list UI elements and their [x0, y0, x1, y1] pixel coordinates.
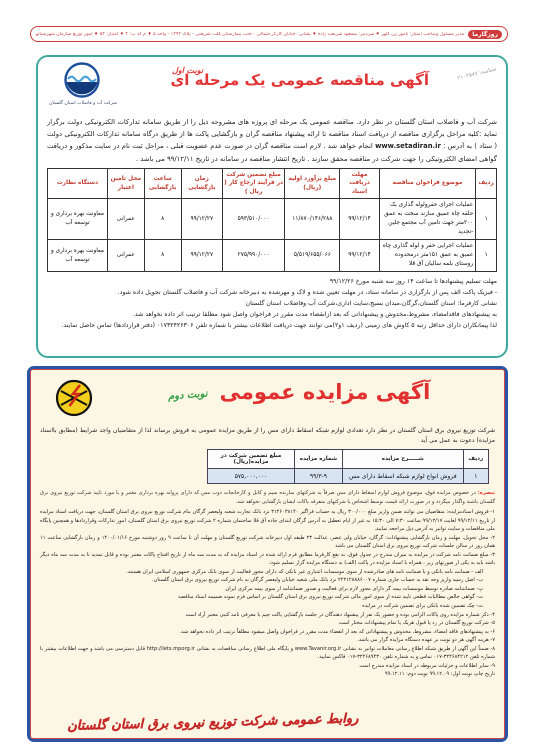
auction-item: ۲- محل تحویل، مهلت و زمان بازگشایی پیشنه…: [40, 534, 495, 551]
auction-item: ۳- مبلغ ضمانت نامه شرکت در مزایده به میز…: [40, 551, 495, 568]
auction-round-label: نوبت دوم: [168, 389, 208, 403]
auction-item: ۴- ذکر شماره مزایده روی پاکات الزامی بود…: [40, 611, 495, 620]
cell-supervision: معاونت بهره برداری و توسعه آب: [48, 199, 108, 240]
tender-note-line: مهلت تسلیم پیشنهادها تا ساعت ۱۴ روز سه ش…: [47, 276, 497, 287]
tender-table: ردیف موضوع فراخوان مناقصه مهلت دریافت اس…: [47, 168, 497, 272]
auction-item: ۹- سایر اطلاعات و جزئیات مربوطه در اسناد…: [40, 662, 495, 671]
cell-radif: ۱: [476, 199, 497, 240]
tender-notes: مهلت تسلیم پیشنهادها تا ساعت ۱۴ روز سه ش…: [47, 276, 497, 331]
auction-subitem: پ- ضمانتنامه صادره توسط موسسات بیمه گر د…: [40, 585, 495, 594]
cell-subject: عملیات اجرای حفرولوله گذاری یک حلقه چاه …: [379, 199, 476, 240]
cell-funding: عمرانی: [107, 199, 144, 240]
masthead-info: مدیر مسئول وصاحب امتیاز: نامور زن گئهر ♦…: [36, 32, 464, 37]
col-auction-number: شماره مزایده: [295, 450, 343, 469]
col-funding: محل تامین اعتبار: [107, 168, 144, 198]
auction-item: ۷- هزینه آگهی هر دو نوبت بر عهده دستگاه …: [40, 636, 495, 645]
auction-table: ردیف شـــــرح مزایده شماره مزایده مبلغ ت…: [207, 449, 489, 484]
auction-intro-paragraph: شرکت توزیع نیروی برق استان گلستان در نظر…: [40, 426, 495, 445]
auction-header: نوبت دوم آگهی مزایده عمومی: [40, 374, 495, 426]
tender-title: آگهی مناقصه عمومی یک مرحله ای: [197, 71, 429, 89]
cell-radif: ۱: [476, 240, 497, 272]
tender-note-line: نشانی کارفرما: استان گلستان،گرگان،میدان …: [47, 298, 497, 309]
col-guarantee: مبلغ تضمین شرکت در فرآیند ارجاع کار ( ری…: [223, 168, 285, 198]
cell-description: فروش انواع لوازم شبکه اسقاط دارای مس: [342, 469, 463, 484]
cell-guarantee: ۵۹۳/۵۱۰/۰۰۰: [223, 199, 285, 240]
water-company-logo-icon: [63, 61, 101, 99]
tender-announcement-box: شناسه: ۲۱۰۲۵۷۷ آگهی مناقصه عمومی یک مرحل…: [36, 55, 508, 358]
electricity-company-logo-icon: [54, 378, 94, 418]
table-row: ۱ عملیات اجرایی حفر و لوله گذاری چاه عمی…: [48, 240, 497, 272]
auction-conditions-list: ۱- فروش اسنادمزایده: متقاضیان می توانند …: [40, 508, 495, 670]
tender-company-name: شرکت آب و فاضلاب استان گلستان: [47, 101, 119, 107]
col-subject: موضوع فراخوان مناقصه: [379, 168, 476, 198]
col-radif: ردیف: [463, 450, 488, 469]
tender-serial-number: شناسه: ۲۱۰۲۵۷۷: [457, 66, 497, 81]
auction-title: آگهی مزایده عمومی: [210, 380, 440, 404]
col-description: شـــــرح مزایده: [342, 450, 463, 469]
tender-note-line: - فیزیک پاکت الف پس از بارگزاری در سامان…: [47, 287, 497, 298]
tender-round-label: نوبت اول: [172, 66, 203, 75]
auction-announcement-box: نوبت دوم آگهی مزایده عمومی شرکت توزیع نی…: [27, 366, 508, 742]
cell-estimate: ۵/۵۱۹/۶۵۵/۰۶۶: [285, 240, 340, 272]
cell-supervision: معاونت بهره برداری و توسعه آب: [48, 240, 108, 272]
cell-open-hour: ۸: [144, 199, 181, 240]
tender-table-header-row: ردیف موضوع فراخوان مناقصه مهلت دریافت اس…: [48, 168, 497, 198]
col-deadline: مهلت دریافت اسناد: [340, 168, 379, 198]
cell-radif: ۱: [463, 469, 488, 484]
auction-inner-frame: نوبت دوم آگهی مزایده عمومی شرکت توزیع نی…: [30, 369, 505, 739]
cell-deadline: ۹۹/۱۲/۱۴: [340, 240, 379, 272]
auction-subitem: ت- گواهی خالص مطالبات قطعی تایید شده از …: [40, 593, 495, 602]
col-supervision: دستگاه نظارت: [48, 168, 108, 198]
auction-subitem: الف - ضمانت نامه بانکی و یا ضمانت نامه ه…: [40, 568, 495, 577]
cell-open-date: ۹۹/۱۲/۲۷: [181, 240, 222, 272]
auction-table-header-row: ردیف شـــــرح مزایده شماره مزایده مبلغ ت…: [207, 450, 488, 469]
table-row: ۱ عملیات اجرای حفرولوله گذاری یک حلقه چا…: [48, 199, 497, 240]
cell-estimate: ۱۱/۸۷۰/۱۴۶/۲۸۸: [285, 199, 340, 240]
auction-subitem: ث- چک تضمین شده بانکی برای تضمین شرکت در…: [40, 602, 495, 611]
col-deposit: مبلغ تضمین شرکت در مزایده(ریال): [207, 450, 294, 469]
tender-intro-paragraph: شرکت آب و فاضلاب استان گلستان در نظر دار…: [47, 116, 497, 165]
tender-note-line: لذا پیمانکاران دارای حداقل رتبه ۵ کاوش ه…: [47, 320, 497, 331]
setadiran-url: www.setadiran.ir: [375, 142, 441, 150]
auction-print-date: تاریخ چاپ نوبت اول: ۹۹.۱۲.۰۹ نوبت دوم: ۹…: [40, 671, 495, 677]
cell-deadline: ۹۹/۱۲/۱۴: [340, 199, 379, 240]
newspaper-masthead: روزگارما مدیر مسئول وصاحب امتیاز: نامور …: [30, 26, 508, 42]
cell-open-hour: ۸: [144, 240, 181, 272]
auction-signature-calligraphy: روابط عمومی شرکت توزیع نیروی برق استان گ…: [67, 711, 359, 734]
auction-item: ۶- به پیشنهادهای فاقد امضاء، مشروط، مخدو…: [40, 628, 495, 637]
cell-guarantee: ۲۷۵/۹۹۰/۰۰۰: [223, 240, 285, 272]
tender-note-line: به پیشنهادهای فاقدامضاء، مشروط،مخدوش و پ…: [47, 309, 497, 320]
tabsereh-label: تبصره:: [478, 490, 495, 496]
cell-deposit: ۵۷۵,۰۰۰,۰۰۰: [207, 469, 294, 484]
auction-note-paragraph: تبصره: در خصوص مزایده فوق، موضوع فروش لو…: [40, 489, 495, 506]
cell-auction-number: ۹۹/۳-۹: [295, 469, 343, 484]
auction-item: ۵- شرکت توزیع گلستان در رد یا قبول هریک …: [40, 619, 495, 628]
tabsereh-text: در خصوص مزایده فوق، موضوع فروش لوازم اسق…: [40, 490, 495, 504]
col-radif: ردیف: [476, 168, 497, 198]
col-open-date: زمان بازگشایی: [181, 168, 222, 198]
newspaper-brand: روزگارما: [468, 30, 502, 39]
auction-item: ۸- ضمناً این آگهی از طریق شبکه اطلاع رسا…: [40, 645, 495, 662]
cell-open-date: ۹۹/۱۲/۲۷: [181, 199, 222, 240]
auction-subitem: ب- اصل رسید واریز وجه نقد به حساب جاری ش…: [40, 576, 495, 585]
auction-item: ۱- فروش اسنادمزایده: متقاضیان می توانند …: [40, 508, 495, 534]
col-estimate: مبلغ برآورد اولیه (ریال): [285, 168, 340, 198]
col-open-hour: ساعت بازگشایی: [144, 168, 181, 198]
tender-header: شناسه: ۲۱۰۲۵۷۷ آگهی مناقصه عمومی یک مرحل…: [47, 61, 497, 115]
cell-funding: عمرانی: [107, 240, 144, 272]
table-row: ۱ فروش انواع لوازم شبکه اسقاط دارای مس ۹…: [207, 469, 488, 484]
cell-subject: عملیات اجرایی حفر و لوله گذاری چاه عمیق …: [379, 240, 476, 272]
